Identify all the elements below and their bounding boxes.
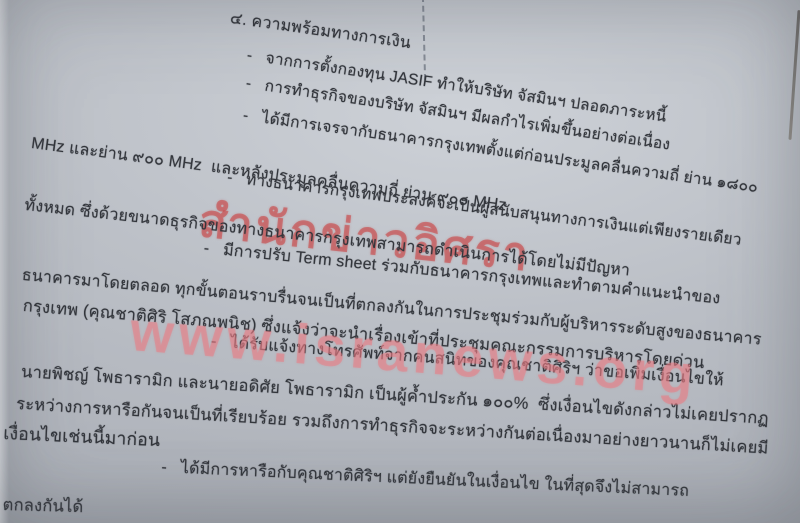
doc-line: เงื่อนไขเช่นนี้มาก่อน bbox=[3, 419, 161, 454]
paper-right-edge-shadow bbox=[788, 10, 800, 140]
document-photo: สำนักข่าวอิศรา ๔. ความพร้อมทางการเงิน - … bbox=[0, 0, 800, 523]
doc-line: - ได้มีการหารือกับคุณชาติศิริฯ แต่ยังยืน… bbox=[161, 455, 690, 504]
doc-line: ตกลงกันได้ bbox=[2, 492, 83, 520]
